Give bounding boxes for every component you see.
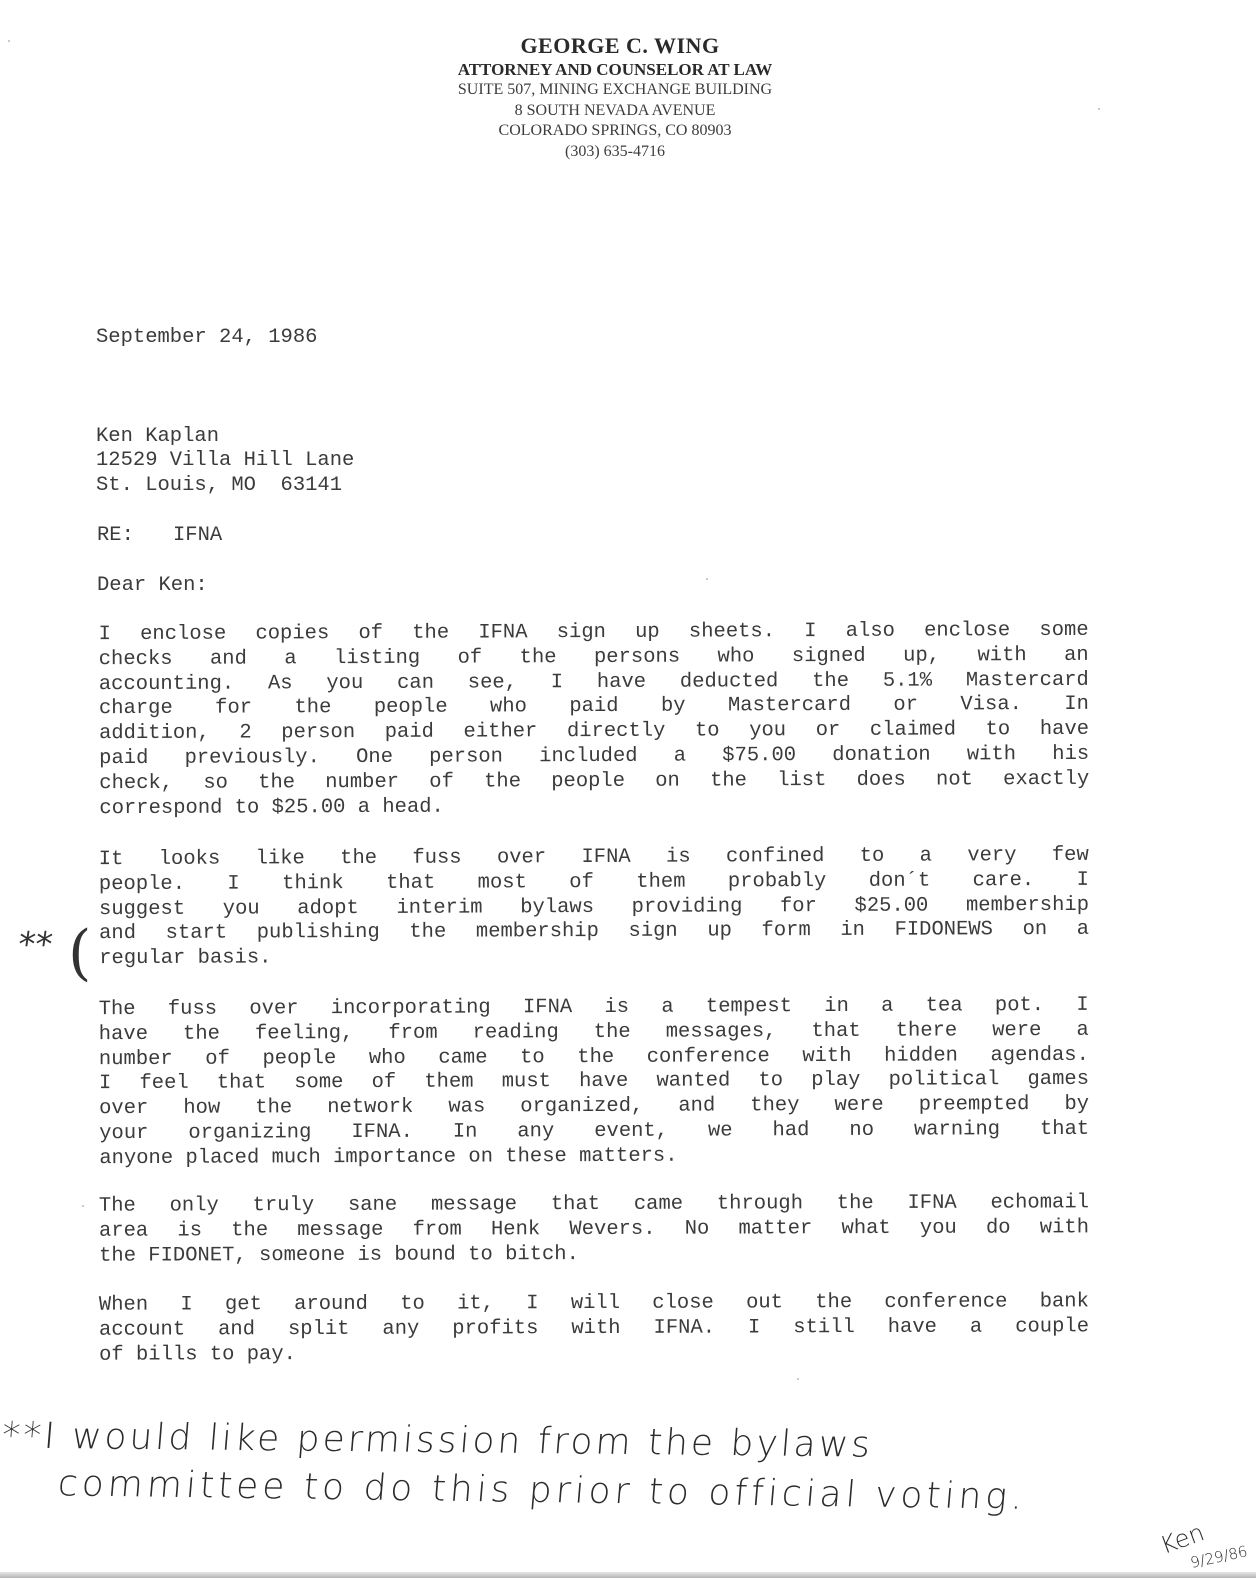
paragraph-line: area is the message from Henk Wevers. No… xyxy=(99,1216,1089,1244)
handwritten-note-line-2: committee to do this prior to official v… xyxy=(56,1463,1028,1517)
paragraph-line: correspond to $25.00 a head. xyxy=(99,792,1089,821)
paragraph-line: of bills to pay. xyxy=(99,1340,1089,1368)
paragraph-line: checks and a listing of the persons who … xyxy=(99,644,1089,673)
paragraph-line: account and split any profits with IFNA.… xyxy=(99,1315,1089,1343)
letterhead-address-line-3: COLORADO SPRINGS, CO 80903 xyxy=(0,121,1230,142)
body-paragraph-1: I enclose copies of the IFNA sign up she… xyxy=(99,619,1090,822)
letterhead-title: ATTORNEY AND COUNSELOR AT LAW xyxy=(0,59,1230,80)
handwritten-note-line-1: **I would like permission from the bylaw… xyxy=(0,1415,874,1465)
body-paragraph-4: The only truly sane message that came th… xyxy=(99,1191,1089,1269)
paragraph-line: your organizing IFNA. In any event, we h… xyxy=(99,1118,1089,1147)
scan-speck xyxy=(797,1378,799,1380)
paragraph-line: the FIDONET, someone is bound to bitch. xyxy=(99,1241,1089,1269)
scan-speck xyxy=(1098,108,1100,110)
recipient-city-state-zip: St. Louis, MO 63141 xyxy=(96,474,342,499)
scan-speck xyxy=(82,1205,84,1207)
paragraph-line: check, so the number of the people on th… xyxy=(99,768,1089,797)
paragraph-line: have the feeling, from reading the messa… xyxy=(99,1019,1089,1048)
scan-speck xyxy=(706,578,708,580)
paragraph-line: When I get around to it, I will close ou… xyxy=(99,1290,1089,1318)
paragraph-line: The only truly sane message that came th… xyxy=(99,1191,1089,1219)
recipient-name: Ken Kaplan xyxy=(96,425,219,450)
body-paragraph-2: It looks like the fuss over IFNA is conf… xyxy=(99,844,1090,972)
handwritten-bracket-icon: ( xyxy=(68,918,91,988)
letterhead-name: GEORGE C. WING xyxy=(0,33,1230,59)
body-paragraph-3: The fuss over incorporating IFNA is a te… xyxy=(99,994,1090,1172)
recipient-street: 12529 Villa Hill Lane xyxy=(96,449,354,474)
letter-date: September 24, 1986 xyxy=(96,326,317,351)
letterhead-address-line-1: SUITE 507, MINING EXCHANGE BUILDING xyxy=(0,80,1230,101)
subject-value: IFNA xyxy=(173,524,222,549)
paragraph-line: regular basis. xyxy=(99,943,1089,972)
salutation: Dear Ken: xyxy=(97,574,208,599)
body-paragraph-5: When I get around to it, I will close ou… xyxy=(99,1290,1089,1368)
scan-speck xyxy=(8,40,10,42)
letterhead-phone: (303) 635-4716 xyxy=(0,142,1230,163)
paragraph-line: people. I think that most of them probab… xyxy=(99,869,1089,898)
subject-label: RE: xyxy=(97,524,134,549)
letterhead: GEORGE C. WING ATTORNEY AND COUNSELOR AT… xyxy=(0,33,1230,162)
paragraph-line: anyone placed much importance on these m… xyxy=(99,1143,1089,1172)
paragraph-line: and start publishing the membership sign… xyxy=(99,918,1089,947)
scan-bottom-edge xyxy=(0,1572,1256,1578)
handwritten-margin-mark: ** xyxy=(15,925,55,965)
letterhead-address-line-2: 8 SOUTH NEVADA AVENUE xyxy=(0,101,1230,122)
